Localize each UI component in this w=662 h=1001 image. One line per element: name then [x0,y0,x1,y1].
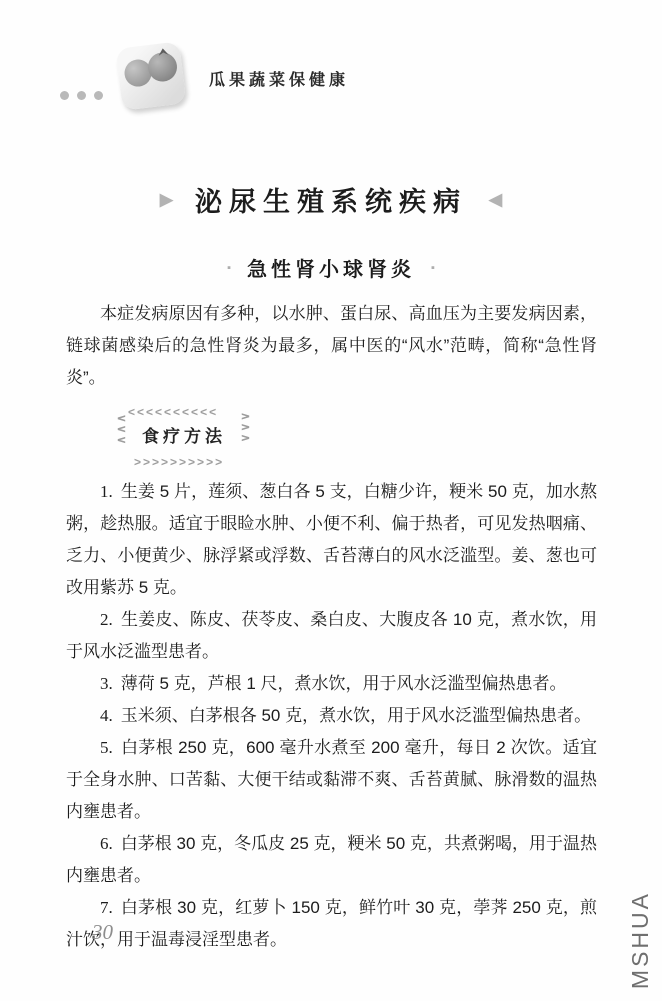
fruit-plate-logo [113,39,191,117]
chevron-frame-bottom-icon: >>>>>>>>>> [134,456,224,468]
item-text: 生姜皮、陈皮、茯苓皮、桑白皮、大腹皮各 10 克，煮水饮，用于风水泛滥型患者。 [66,610,597,661]
book-series-title: 瓜果蔬菜保健康 [209,67,349,90]
page-content: 本症发病原因有多种，以水肿、蛋白尿、高血压为主要发病因素，链球菌感染后的急性肾炎… [66,298,597,956]
page-number: 30 [92,920,113,945]
book-page: 瓜果蔬菜保健康 ▶ 泌尿生殖系统疾病 ◀ ▪ 急性肾小球肾炎 ▪ 本症发病原因有… [0,0,662,1001]
item-number: 1. [100,482,113,501]
dots-decoration [60,91,103,100]
item-text: 玉米须、白茅根各 50 克，煮水饮，用于风水泛滥型偏热患者。 [121,706,591,725]
triangle-left-icon: ◀ [489,190,502,210]
item-text: 白茅根 250 克，600 毫升水煮至 200 毫升，每日 2 次饮。适宜于全身… [66,738,597,821]
item-text: 白茅根 30 克，红萝卜 150 克，鲜竹叶 30 克，荸荠 250 克，煎汁饮… [66,898,597,949]
list-item: 5.白茅根 250 克，600 毫升水煮至 200 毫升，每日 2 次饮。适宜于… [66,732,597,828]
dot-icon [94,91,103,100]
chapter-title: ▶ 泌尿生殖系统疾病 ◀ [0,180,662,219]
tomato-icon [146,51,178,83]
item-text: 薄荷 5 克，芦根 1 尺，煮水饮，用于风水泛滥型偏热患者。 [121,674,567,693]
side-watermark-text: MSHUA [627,891,654,989]
section-title: ▪ 急性肾小球肾炎 ▪ [0,253,662,282]
list-item: 3.薄荷 5 克，芦根 1 尺，煮水饮，用于风水泛滥型偏热患者。 [66,668,597,700]
item-number: 5. [100,738,113,757]
method-box-label: 食疗方法 [142,427,226,446]
chevron-frame-top-icon: <<<<<<<<<< [128,406,218,418]
item-text: 白茅根 30 克，冬瓜皮 25 克，粳米 50 克，共煮粥喝，用于温热内壅患者。 [66,834,597,885]
list-item: 7.白茅根 30 克，红萝卜 150 克，鲜竹叶 30 克，荸荠 250 克，煎… [66,892,597,956]
plate-icon [115,41,186,110]
chevron-frame-right-icon: ∧∧∧ [240,412,252,444]
intro-paragraph: 本症发病原因有多种，以水肿、蛋白尿、高血压为主要发病因素，链球菌感染后的急性肾炎… [66,298,597,394]
list-item: 6.白茅根 30 克，冬瓜皮 25 克，粳米 50 克，共煮粥喝，用于温热内壅患… [66,828,597,892]
item-number: 2. [100,610,113,629]
triangle-right-icon: ▶ [160,190,173,210]
dot-icon [77,91,86,100]
method-box: <<<<<<<<<< >>>>>>>>>> ∨∨∨ ∧∧∧ 食疗方法 [118,408,250,466]
item-number: 4. [100,706,113,725]
section-title-text: 急性肾小球肾炎 [247,253,415,282]
list-item: 2.生姜皮、陈皮、茯苓皮、桑白皮、大腹皮各 10 克，煮水饮，用于风水泛滥型患者… [66,604,597,668]
item-number: 7. [100,898,113,917]
item-text: 生姜 5 片，莲须、葱白各 5 支，白糖少许，粳米 50 克，加水熬粥，趁热服。… [66,482,597,597]
list-item: 1.生姜 5 片，莲须、葱白各 5 支，白糖少许，粳米 50 克，加水熬粥，趁热… [66,476,597,604]
chevron-frame-left-icon: ∨∨∨ [116,414,128,446]
dot-icon [60,91,69,100]
dot-decoration-icon: ▪ [431,262,435,274]
dot-decoration-icon: ▪ [227,262,231,274]
chapter-title-text: 泌尿生殖系统疾病 [195,180,467,219]
list-item: 4.玉米须、白茅根各 50 克，煮水饮，用于风水泛滥型偏热患者。 [66,700,597,732]
page-header: 瓜果蔬菜保健康 [60,38,349,118]
item-number: 6. [100,834,113,853]
item-number: 3. [100,674,113,693]
